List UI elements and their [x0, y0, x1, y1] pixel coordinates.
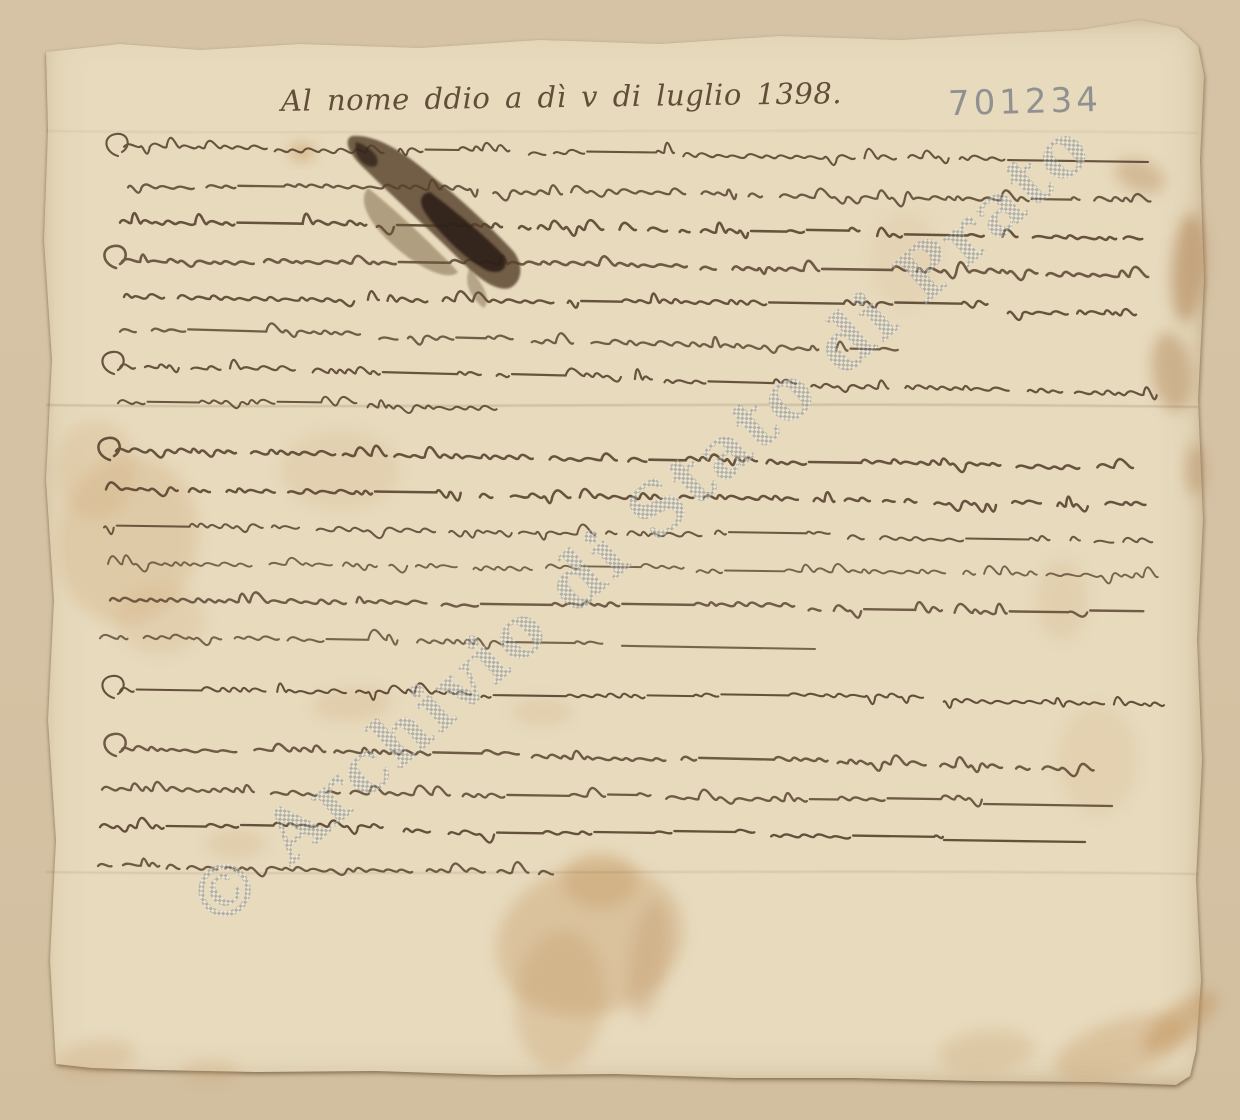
- archive-number-stamp: 701234: [947, 80, 1102, 124]
- scan-background: Al nome ddio a dì v di luglio 1398. 7012…: [0, 0, 1240, 1120]
